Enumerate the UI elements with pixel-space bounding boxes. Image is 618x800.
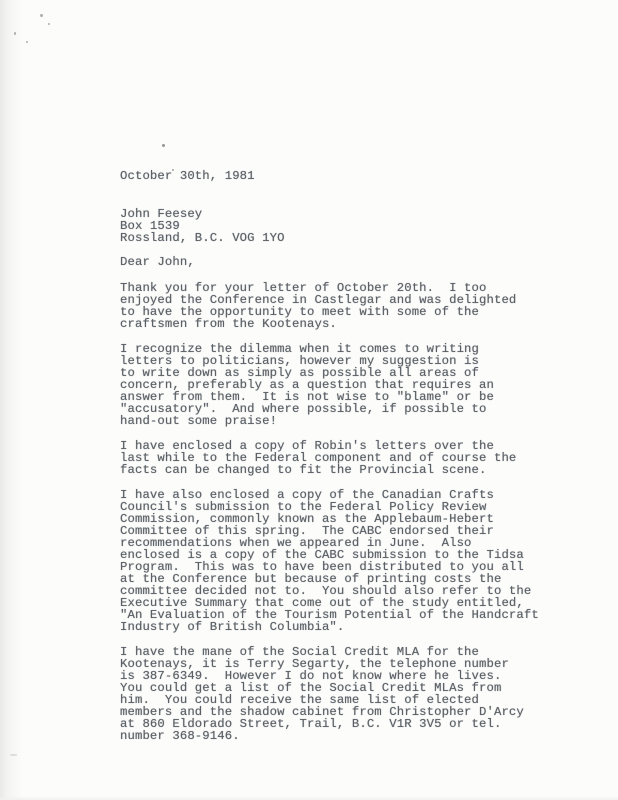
scan-speckle xyxy=(26,41,28,43)
letter-paragraph: I have enclosed a copy of Robin's letter… xyxy=(120,440,580,476)
recipient-city: Rossland, B.C. VOG 1YO xyxy=(120,232,580,244)
scan-edge-shadow xyxy=(0,0,22,800)
letter-body: Thank you for your letter of October 20t… xyxy=(120,282,580,742)
salutation: Dear John, xyxy=(120,256,580,268)
letter-paragraph: I have also enclosed a copy of the Canad… xyxy=(120,489,580,633)
scan-speckle xyxy=(48,23,50,25)
scan-speckle xyxy=(10,754,17,756)
letter-paragraph: Thank you for your letter of October 20t… xyxy=(120,282,580,330)
letter-page: October 30th, 1981 John Feesey Box 1539 … xyxy=(0,0,618,800)
recipient-name: John Feesey xyxy=(120,208,580,220)
recipient-address: John Feesey Box 1539 Rossland, B.C. VOG … xyxy=(120,208,580,244)
scan-edge-shadow-bottom xyxy=(0,796,618,800)
scan-speckle xyxy=(162,144,165,147)
scan-speckle xyxy=(40,14,43,17)
scan-speckle xyxy=(14,32,16,35)
letter-date: October 30th, 1981 xyxy=(120,170,580,182)
letter-paragraph: I have the mane of the Social Credit MLA… xyxy=(120,646,580,742)
letter-paragraph: I recognize the dilemma when it comes to… xyxy=(120,343,580,427)
letter-content: October 30th, 1981 John Feesey Box 1539 … xyxy=(120,170,580,742)
